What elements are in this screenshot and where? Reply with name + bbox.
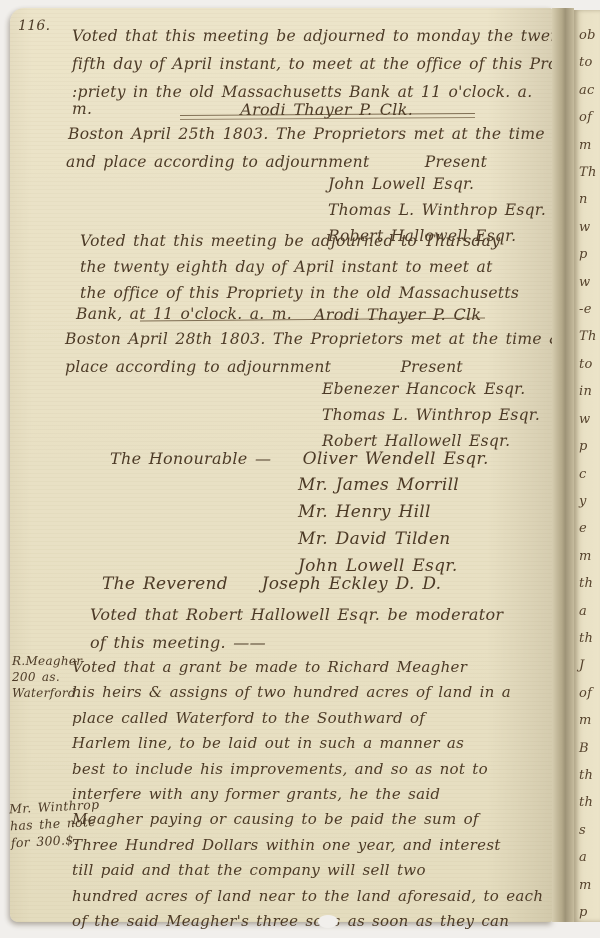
manuscript-line: the office of this Propriety in the old … [80,280,519,306]
attendee-name: Mr. David Tilden [298,526,459,553]
manuscript-line: Voted that this meeting be adjourned to … [72,22,576,50]
cut-off-text-fragment: c [579,461,597,488]
page-edge-notch [318,915,338,928]
page-number: 116. [18,18,50,34]
cut-off-text-fragment: th [579,789,597,816]
manuscript-line: best to include his improvements, and so… [72,757,543,782]
manuscript-page: 116. Voted that this meeting be adjourne… [10,8,552,922]
cut-off-text-fragment: w [579,406,597,433]
entry-april28-line2: place according to adjournment Present [65,358,463,376]
entry-april25-line2: and place according to adjournment Prese… [66,153,487,171]
cut-off-text-fragment: th [579,625,597,652]
manuscript-line: Harlem line, to be laid out in such a ma… [72,731,543,756]
attendee-name: John Lowell Esqr. [328,171,546,197]
cut-off-text-fragment: a [579,844,597,871]
manuscript-line: of the said Meagher's three sons as soon… [72,909,543,934]
reverend-row: The Reverend Joseph Eckley D. D. [102,574,441,594]
cut-off-text-fragment: J [579,652,597,679]
attendee-list-misters: Mr. James MorrillMr. Henry HillMr. David… [298,472,459,580]
cut-off-text-fragment: Th [579,323,597,350]
cut-off-text-fragment: Th [579,159,597,186]
manuscript-line: and place according to adjournment [66,153,369,171]
attendee-name: Mr. James Morrill [298,472,459,499]
manuscript-line: Three Hundred Dollars within one year, a… [72,833,543,858]
facing-page-edge: obtoacofmThnwpw-eThtoinwpcyemthathJofmBt… [574,10,600,922]
cut-off-text-fragment: m [579,707,597,734]
cut-off-text-fragment: p [579,433,597,460]
facing-page-text-fragments: obtoacofmThnwpw-eThtoinwpcyemthathJofmBt… [579,22,597,922]
attendee-name: Joseph Eckley D. D. [262,574,442,594]
manuscript-line: Voted that this meeting be adjourned to … [80,228,519,254]
section-divider-double-rule [180,113,475,120]
cut-off-text-fragment: m [579,132,597,159]
entry-adjourn-to-monday: Voted that this meeting be adjourned to … [72,22,576,106]
cut-off-text-fragment: m [579,872,597,899]
manuscript-line: m. [72,100,92,119]
manuscript-line: Voted that a grant be made to Richard Me… [72,655,543,680]
cut-off-text-fragment: w [579,269,597,296]
manuscript-line: interfere with any former grants, he the… [72,782,543,807]
manuscript-line: the twenty eighth day of April instant t… [80,254,519,280]
reverend-label: The Reverend [102,574,228,594]
cut-off-text-fragment: w [579,214,597,241]
manuscript-line: hundred acres of land near to the land a… [72,884,543,909]
cut-off-text-fragment: e [579,515,597,542]
cut-off-text-fragment: in [579,378,597,405]
manuscript-line: Meagher paying or causing to be paid the… [72,807,543,832]
attendee-name: Thomas L. Winthrop Esqr. [322,402,540,428]
manuscript-line: place according to adjournment [65,358,331,376]
honourable-row: The Honourable — Oliver Wendell Esqr. [110,449,489,469]
entry-april25-dateline: Boston April 25th 1803. The Proprietors … [68,125,545,143]
cut-off-text-fragment: m [579,543,597,570]
cut-off-text-fragment: a [579,598,597,625]
attendee-name: Ebenezer Hancock Esqr. [322,376,540,402]
cut-off-text-fragment: n [579,186,597,213]
cut-off-text-fragment: to [579,351,597,378]
cut-off-text-fragment: ob [579,22,597,49]
manuscript-line: fifth day of April instant, to meet at t… [72,50,576,78]
cut-off-text-fragment: -e [579,296,597,323]
cut-off-text-fragment: of [579,104,597,131]
manuscript-line: till paid and that the company will sell… [72,858,543,883]
cut-off-text-fragment: of [579,680,597,707]
cut-off-text-fragment: p [579,241,597,268]
cut-off-text-fragment: B [579,735,597,762]
entry-april28-dateline: Boston April 28th 1803. The Proprietors … [65,330,563,348]
entry-adjourn-thursday-last-line: Bank, at 11 o'clock. a. m. Arodi Thayer … [76,305,481,324]
cut-off-text-fragment: ac [579,77,597,104]
cut-off-text-fragment: th [579,570,597,597]
cut-off-text-fragment: s [579,817,597,844]
present-label: Present [400,358,462,376]
manuscript-line: place called Waterford to the Southward … [72,706,543,731]
entry-adjourn-to-thursday: Voted that this meeting be adjourned to … [80,228,519,306]
manuscript-scan: 116. Voted that this meeting be adjourne… [0,0,600,938]
manuscript-line: his heirs & assigns of two hundred acres… [72,680,543,705]
book-gutter [552,8,574,922]
cut-off-text-fragment: to [579,49,597,76]
entry-meagher-grant: Voted that a grant be made to Richard Me… [72,655,543,934]
cut-off-text-fragment: th [579,762,597,789]
attendee-list-april28: Ebenezer Hancock Esqr.Thomas L. Winthrop… [322,376,540,454]
attendee-name: Thomas L. Winthrop Esqr. [328,197,546,223]
manuscript-line: of this meeting. —— [90,629,503,657]
manuscript-line: Voted that Robert Hallowell Esqr. be mod… [90,601,503,629]
moderator-vote: Voted that Robert Hallowell Esqr. be mod… [90,601,503,657]
present-label: Present [425,153,487,171]
attendee-name: Oliver Wendell Esqr. [303,449,489,469]
manuscript-line: Bank, at 11 o'clock. a. m. [76,305,292,324]
cut-off-text-fragment: y [579,488,597,515]
cut-off-text-fragment: p [579,899,597,922]
honourable-label: The Honourable — [110,449,271,468]
attendee-name: Mr. Henry Hill [298,499,459,526]
clerk-signature: Arodi Thayer P. Clk [314,305,482,324]
